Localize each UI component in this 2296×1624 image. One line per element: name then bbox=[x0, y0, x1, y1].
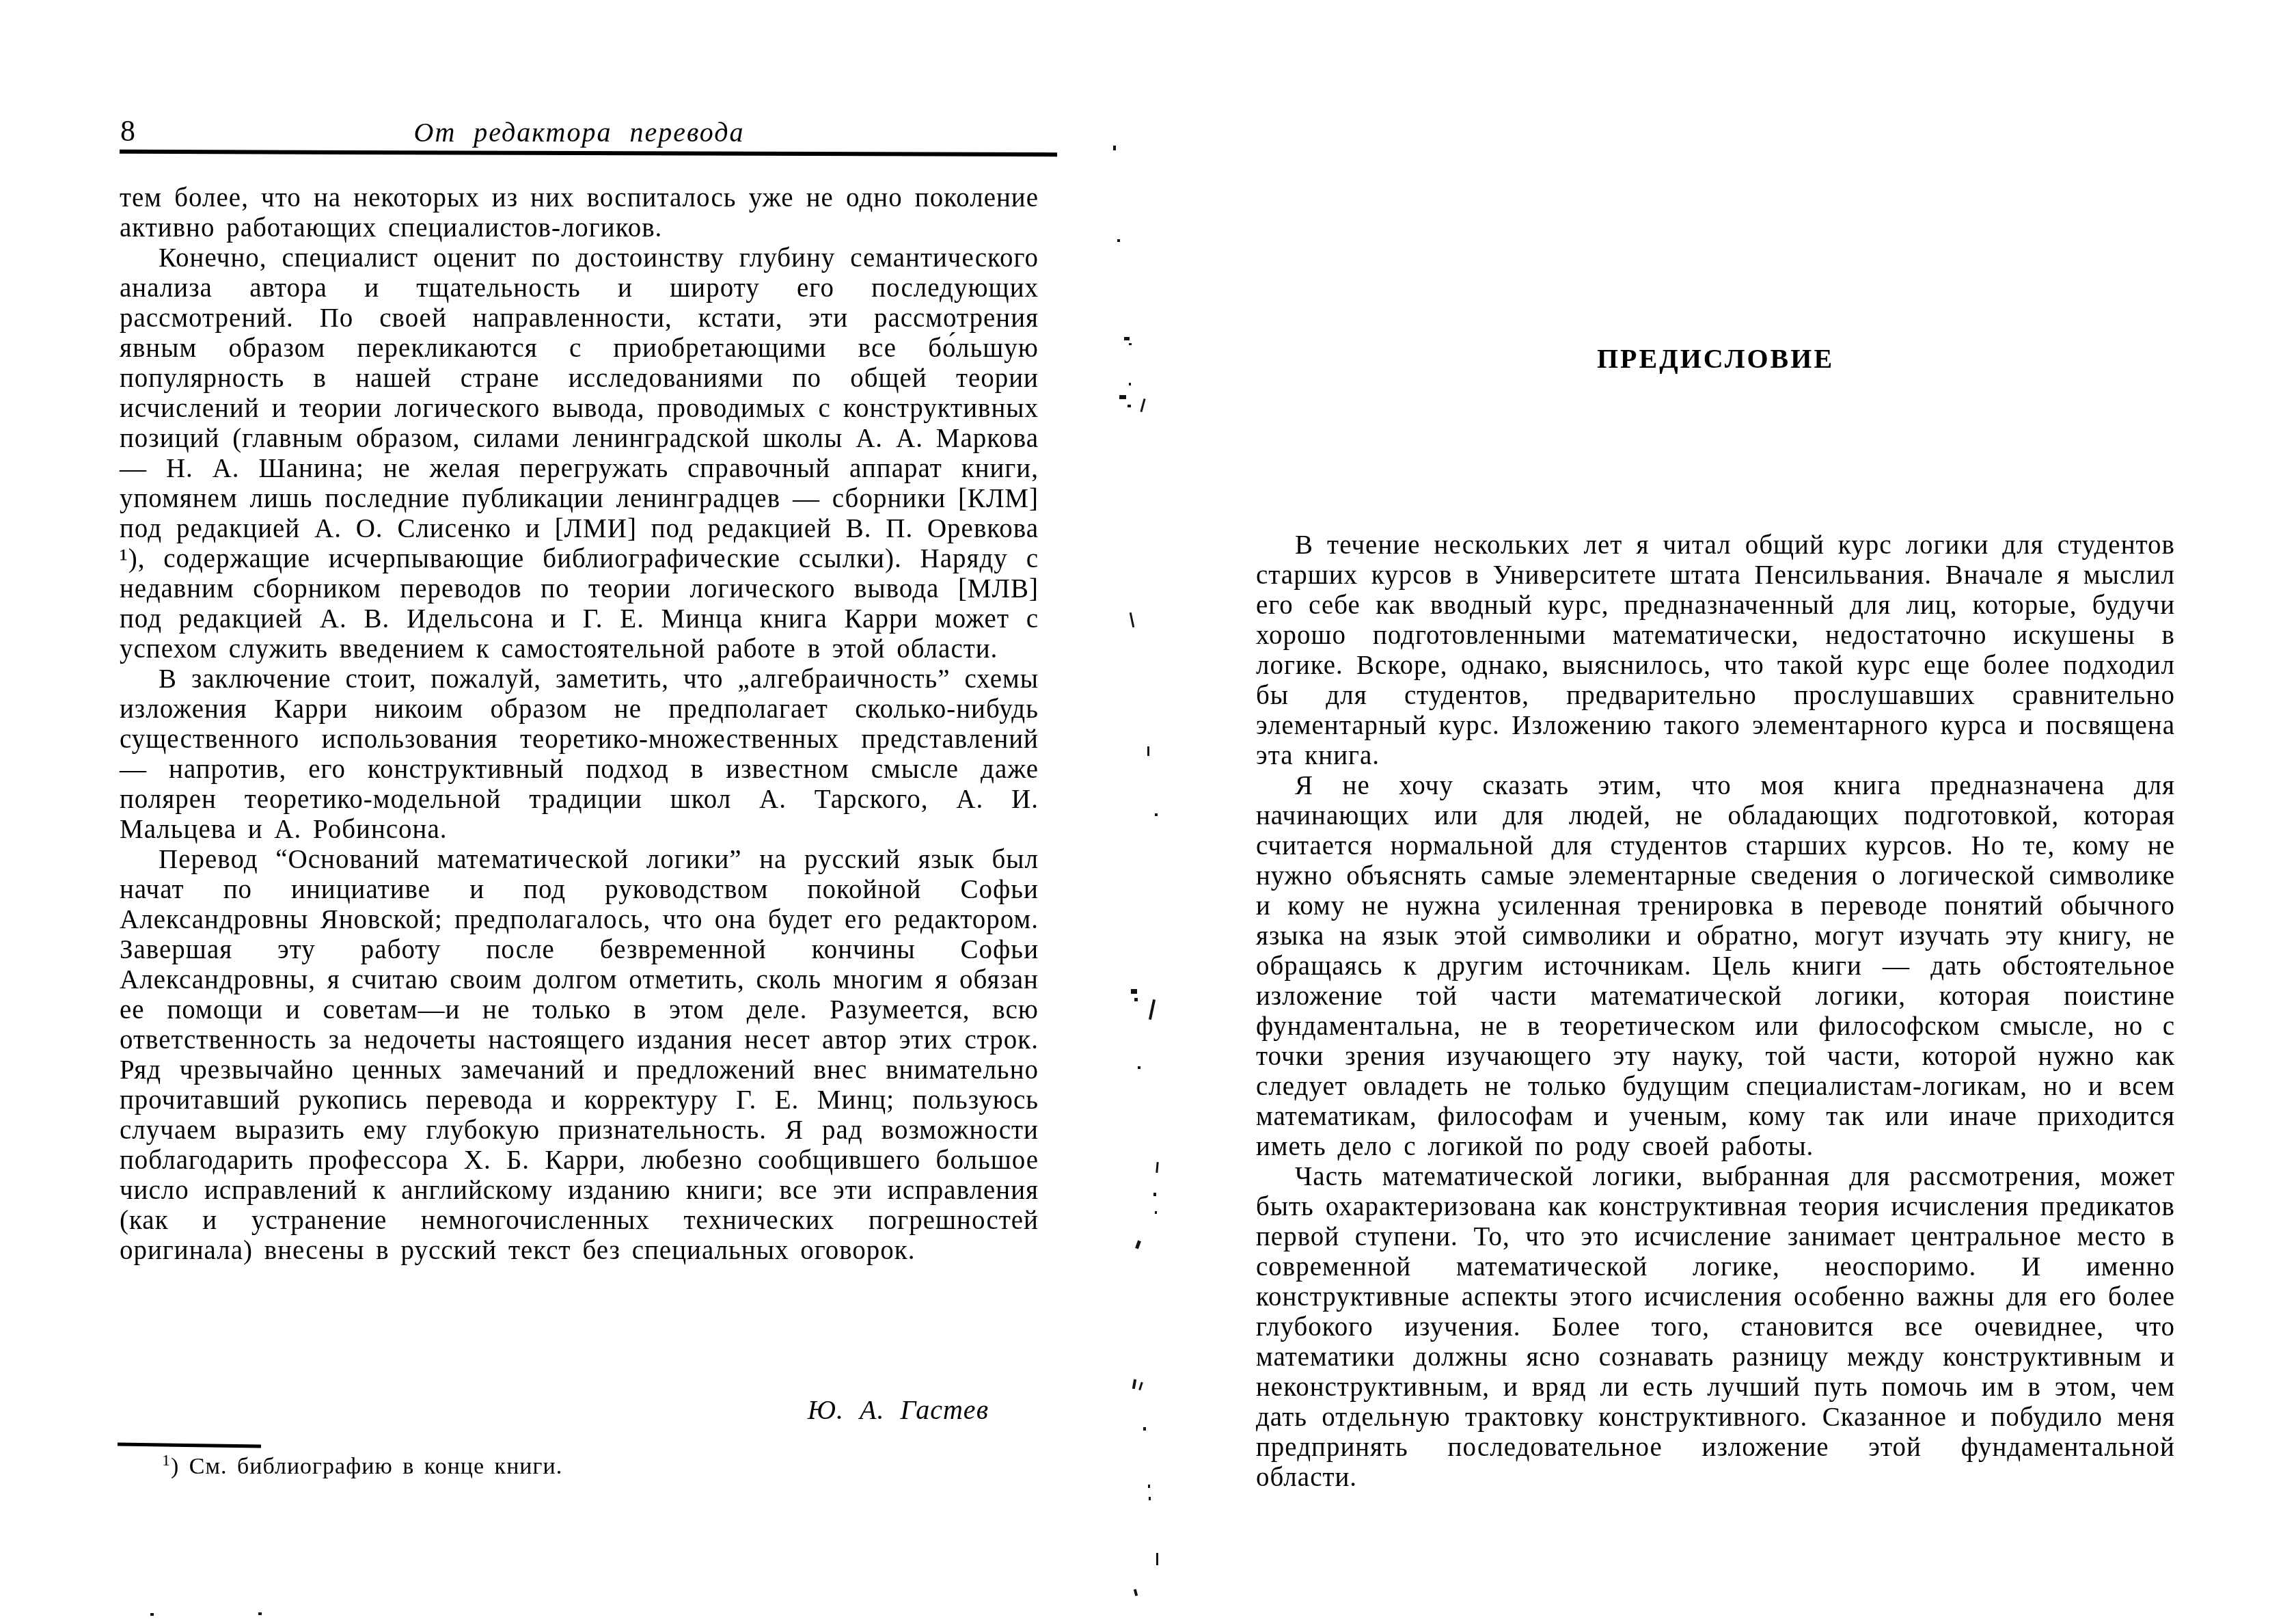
scan-artifact bbox=[1119, 395, 1126, 399]
scan-artifact bbox=[1155, 1211, 1157, 1214]
scan-artifact bbox=[1131, 989, 1137, 994]
paragraph: В заключение стоит, пожалуй, заметить, ч… bbox=[120, 664, 1039, 845]
scan-artifact bbox=[150, 1613, 154, 1616]
scan-artifact bbox=[1129, 383, 1131, 385]
scan-artifact bbox=[1156, 1553, 1158, 1565]
scan-artifact bbox=[1132, 1379, 1136, 1389]
scan-artifact bbox=[1140, 398, 1145, 412]
running-header: От редактора перевода bbox=[120, 118, 1039, 148]
paragraph: Конечно, специалист оценит по достоинств… bbox=[120, 243, 1039, 664]
scan-artifact bbox=[1124, 337, 1130, 340]
scan-artifact bbox=[258, 1612, 262, 1615]
scan-artifact bbox=[1129, 343, 1132, 345]
paragraph: тем более, что на некоторых из них воспи… bbox=[120, 183, 1039, 243]
preface-heading: ПРЕДИСЛОВИЕ bbox=[1256, 343, 2175, 375]
scan-artifact bbox=[1148, 1485, 1150, 1488]
scan-artifact bbox=[1153, 1193, 1156, 1196]
footnote-marker: 1 bbox=[162, 1452, 171, 1470]
scan-artifact bbox=[1156, 1162, 1158, 1173]
paragraph: Перевод “Оснований математической логики… bbox=[120, 845, 1039, 1266]
footnote-text: ) См. библиографию в конце книги. bbox=[171, 1454, 562, 1479]
editor-signature: Ю. А. Гастев bbox=[120, 1394, 989, 1426]
paragraph: Я не хочу сказать этим, что моя книга пр… bbox=[1256, 771, 2175, 1162]
footnote-rule-divider bbox=[118, 1443, 261, 1448]
scan-artifact bbox=[1147, 746, 1149, 756]
scan-artifact bbox=[1149, 999, 1156, 1020]
scan-artifact bbox=[1155, 813, 1158, 816]
scan-artifact bbox=[1138, 1066, 1140, 1069]
header-rule-divider bbox=[120, 150, 1057, 157]
scan-artifact bbox=[1143, 1427, 1146, 1431]
scan-artifact bbox=[1113, 146, 1116, 150]
scan-artifact bbox=[1117, 239, 1120, 242]
scan-artifact bbox=[1134, 1589, 1138, 1597]
scan-artifact bbox=[1138, 1382, 1143, 1390]
paragraph: Часть математической логики, выбранная д… bbox=[1256, 1162, 2175, 1493]
book-spread: 8 От редактора перевода тем более, что н… bbox=[0, 0, 2296, 1624]
left-page-body: тем более, что на некоторых из них воспи… bbox=[120, 183, 1039, 1266]
footnote: 1) См. библиографию в конце книги. bbox=[120, 1453, 1039, 1480]
paragraph: В течение нескольких лет я читал общий к… bbox=[1256, 530, 2175, 771]
scan-artifact bbox=[1134, 998, 1138, 1001]
scan-artifact bbox=[1130, 612, 1135, 627]
right-page-body: В течение нескольких лет я читал общий к… bbox=[1256, 530, 2175, 1493]
scan-artifact bbox=[1149, 1497, 1151, 1500]
scan-artifact bbox=[1127, 405, 1131, 407]
scan-artifact bbox=[1135, 1241, 1141, 1249]
